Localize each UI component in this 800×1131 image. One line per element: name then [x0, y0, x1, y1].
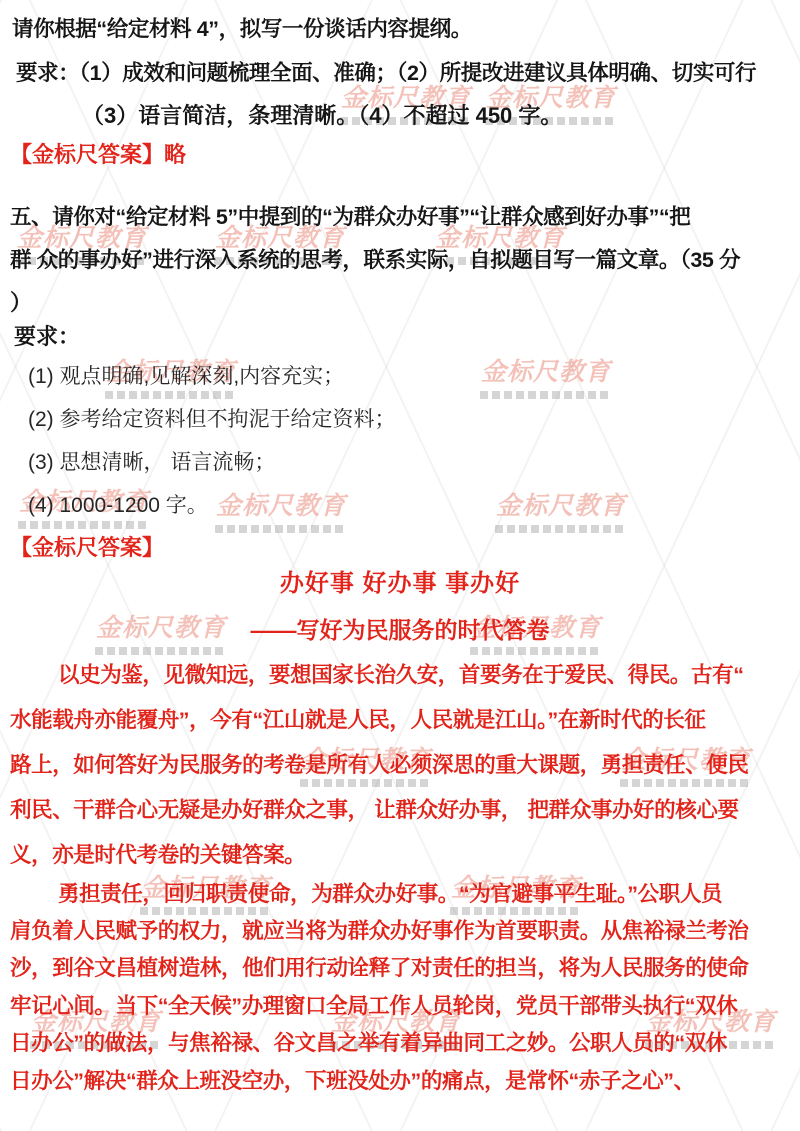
question5-answer-label: 【金标尺答案】 [10, 534, 164, 561]
question4-requirements-line2: （3）语言简洁，条理清晰。（4）不超过 450 字。 [82, 102, 562, 129]
essay-title: 办好事 好办事 事办好 [0, 570, 800, 597]
essay-subtitle: ——写好为民服务的时代答卷 [0, 617, 800, 644]
essay-paragraph1-line3: 路上，如何答好为民服务的考卷是所有人必须深思的重大课题，勇担责任、便民 [10, 752, 749, 779]
document-page: { "colors": { "text_black": "#161616", "… [0, 0, 800, 1131]
essay-paragraph2-line3: 沙，到谷文昌植树造林，他们用行动诠释了对责任的担当，将为人民服务的使命 [10, 955, 749, 982]
essay-paragraph1-line5: 义，亦是时代考卷的关键答案。 [10, 842, 305, 869]
essay-paragraph2-line1: 勇担责任，回归职责使命，为群众办好事。“为官避事平生耻。”公职人员 [58, 881, 722, 908]
requirement-item-3: (3) 思想清晰， 语言流畅； [28, 449, 275, 476]
essay-paragraph2-line5: 日办公”的做法，与焦裕禄、谷文昌之举有着异曲同工之妙。公职人员的“双休 [10, 1030, 727, 1057]
question5-heading-line2: 群 众的事办好”进行深入系统的思考，联系实际，自拟题目写一篇文章。（35 分 [10, 247, 740, 274]
requirement-item-2: (2) 参考给定资料但不拘泥于给定资料； [28, 406, 396, 433]
requirement-item-1: (1) 观点明确,见解深刻,内容充实； [28, 363, 344, 390]
question4-requirements-line1: 要求：（1）成效和问题梳理全面、准确；（2）所提改进建议具体明确、切实可行 [16, 60, 756, 87]
question5-requirements-label: 要求： [14, 323, 80, 350]
essay-paragraph2-line2: 肩负着人民赋予的权力，就应当将为群众办好事作为首要职责。从焦裕禄兰考治 [10, 918, 749, 945]
essay-paragraph1-line4: 利民、干群合心无疑是办好群众之事， 让群众好办事， 把群众事办好的核心要 [10, 797, 739, 824]
essay-paragraph2-line4: 牢记心间。当下“全天候”办理窗口全局工作人员轮岗，党员干部带头执行“双休 [10, 993, 737, 1020]
question5-heading-line1: 五、请你对“给定材料 5”中提到的“为群众办好事”“让群众感到好办事”“把 [10, 204, 690, 231]
essay-paragraph1-line1: 以史为鉴，见微知远，要想国家长治久安，首要务在于爱民、得民。古有“ [58, 662, 744, 689]
essay-paragraph1-line2: 水能载舟亦能覆舟”，今有“江山就是人民，人民就是江山。”在新时代的长征 [10, 707, 706, 734]
question4-prompt: 请你根据“给定材料 4”，拟写一份谈话内容提纲。 [12, 16, 472, 43]
question5-heading-line3: ） [10, 289, 32, 316]
document-content: 请你根据“给定材料 4”，拟写一份谈话内容提纲。 要求：（1）成效和问题梳理全面… [0, 0, 800, 1131]
essay-paragraph2-line6: 日办公”解决“群众上班没空办，下班没处办”的痛点，是常怀“赤子之心”、 [10, 1068, 695, 1095]
question4-answer-label: 【金标尺答案】略 [10, 141, 186, 168]
requirement-item-4: (4) 1000-1200 字。 [28, 492, 208, 519]
